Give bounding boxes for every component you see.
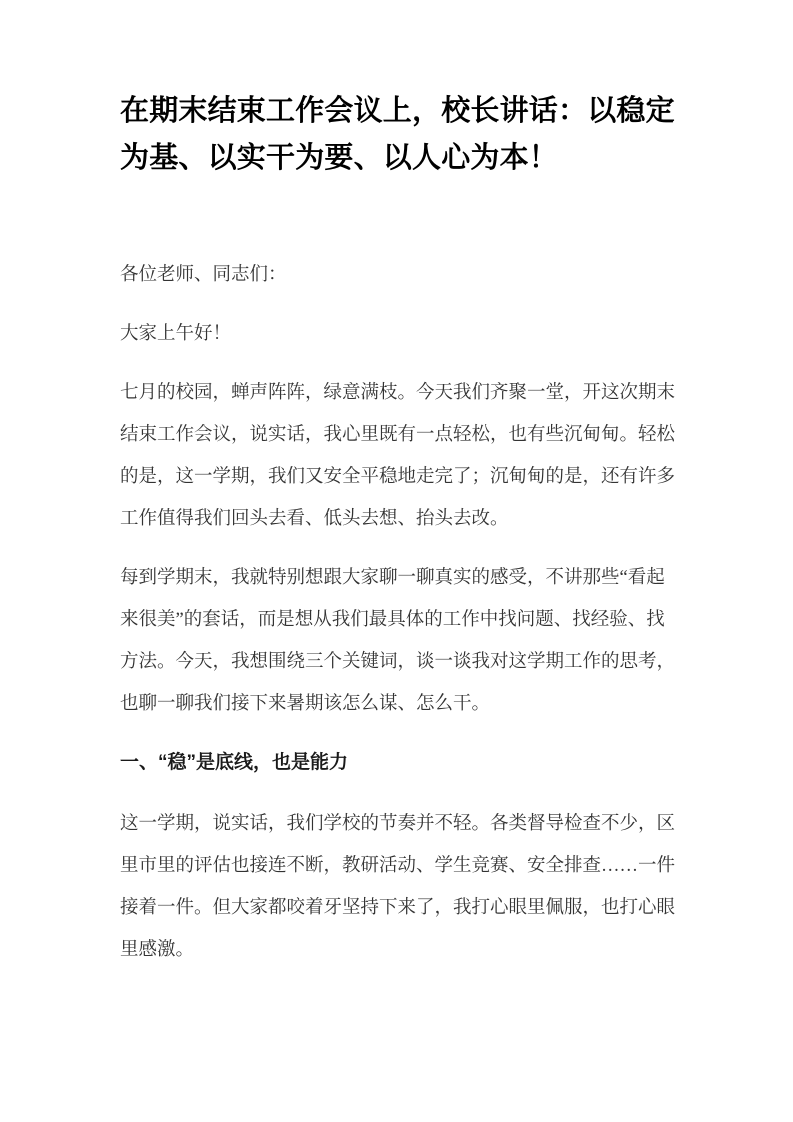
document-title: 在期末结束工作会议上，校长讲话：以稳定 为基、以实干为要、以人心为本！ xyxy=(120,88,675,182)
greeting-line: 大家上午好！ xyxy=(120,313,675,355)
paragraph-opening: 七月的校园，蝉声阵阵，绿意满枝。今天我们齐聚一堂，开这次期末 结束工作会议，说实… xyxy=(120,372,675,540)
paragraph-section-1: 这一学期，说实话，我们学校的节奏并不轻。各类督导检查不少，区 里市里的评估也接连… xyxy=(120,803,675,971)
paragraph-reflection: 每到学期末，我就特别想跟大家聊一聊真实的感受，不讲那些“看起 来很美”的套话，而… xyxy=(120,557,675,725)
section-1-heading: 一、“稳”是底线，也是能力 xyxy=(120,742,675,784)
salutation-line: 各位老师、同志们： xyxy=(120,254,675,296)
document-page: 在期末结束工作会议上，校长讲话：以稳定 为基、以实干为要、以人心为本！ 各位老师… xyxy=(0,0,793,1122)
